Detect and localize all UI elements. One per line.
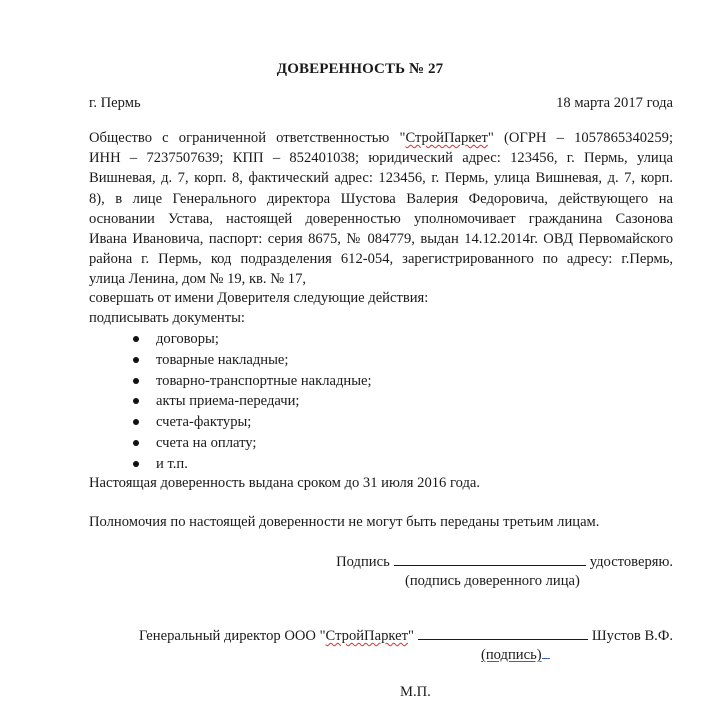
list-item: товарные накладные; — [89, 350, 372, 371]
bullet-icon — [133, 461, 139, 467]
stamp-placeholder: М.П. — [400, 684, 431, 701]
list-item: договоры; — [89, 329, 372, 350]
director-signature-blank-line — [418, 627, 588, 640]
certify-label: удостоверяю. — [590, 554, 673, 570]
bullet-icon — [133, 419, 139, 425]
list-item: акты приема-передачи; — [89, 391, 372, 412]
bullet-icon — [133, 398, 139, 404]
document-page: ДОВЕРЕННОСТЬ № 27 г. Пермь 18 марта 2017… — [0, 0, 720, 720]
document-city: г. Пермь — [89, 95, 141, 112]
director-signature-caption: (подпись) — [481, 646, 550, 664]
body-line: района г. Пермь, код подразделения 612-0… — [89, 249, 673, 269]
list-item: товарно-транспортные накладные; — [89, 371, 372, 392]
company-name-spellcheck: СтройПаркет — [405, 130, 487, 146]
bullet-icon — [133, 357, 139, 363]
validity-statement: Настоящая доверенность выдана сроком до … — [89, 475, 480, 492]
director-signature-row: Генеральный директор ООО "СтройПаркет"Шу… — [139, 627, 673, 645]
trustee-signature-row: Подписьудостоверяю. — [336, 553, 673, 571]
body-line: ИНН – 7237507639; КПП – 852401038; юриди… — [89, 148, 673, 168]
sign-documents-label: подписывать документы: — [89, 310, 245, 327]
signature-label: Подпись — [336, 554, 390, 570]
body-line: 8), в лице Генерального директора Шустов… — [89, 189, 673, 209]
body-line: основании Устава, настоящей доверенность… — [89, 209, 673, 229]
body-line: улица Ленина, дом № 19, кв. № 17, — [89, 269, 673, 289]
director-name: Шустов В.Ф. — [592, 628, 673, 644]
bullet-icon — [133, 440, 139, 446]
documents-list: договоры; товарные накладные; товарно-тр… — [89, 329, 372, 475]
body-line: Общество с ограниченной ответственностью… — [89, 128, 673, 148]
list-item: счета на оплату; — [89, 433, 372, 454]
document-title: ДОВЕРЕННОСТЬ № 27 — [0, 61, 720, 78]
principal-paragraph: Общество с ограниченной ответственностью… — [89, 128, 673, 290]
list-item: счета-фактуры; — [89, 412, 372, 433]
body-line: Ивана Ивановича, паспорт: серия 8675, № … — [89, 229, 673, 249]
bullet-icon — [133, 336, 139, 342]
trustee-signature-caption: (подпись доверенного лица) — [405, 573, 580, 590]
body-line: Вишневая, д. 7, корп. 8, фактический адр… — [89, 168, 673, 188]
actions-intro: совершать от имени Доверителя следующие … — [89, 290, 428, 307]
signature-blank-line — [394, 553, 586, 566]
list-item: и т.п. — [89, 454, 372, 475]
document-date: 18 марта 2017 года — [556, 95, 673, 112]
bullet-icon — [133, 378, 139, 384]
company-name-spellcheck: СтройПаркет — [326, 628, 408, 644]
restriction-statement: Полномочия по настоящей доверенности не … — [89, 514, 599, 531]
